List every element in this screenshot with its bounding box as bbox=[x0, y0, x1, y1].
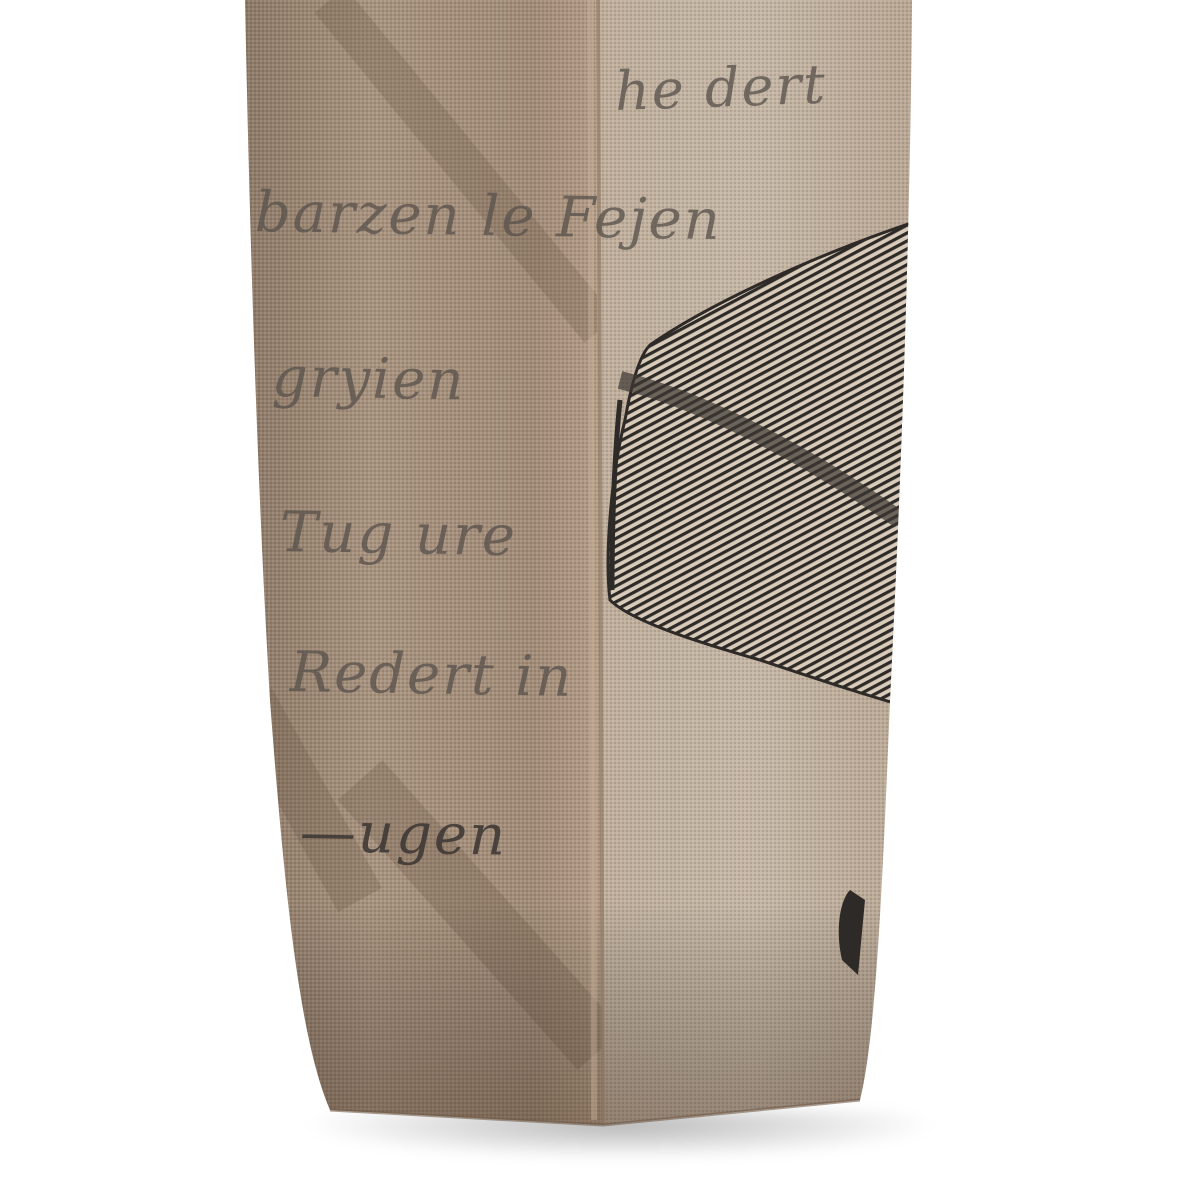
script-line-5: Redert in bbox=[289, 640, 573, 710]
right-panel bbox=[595, 0, 920, 1125]
script-line-4: Tug ure bbox=[279, 500, 517, 569]
script-line-2: barzen le Fejen bbox=[254, 180, 722, 253]
tote-bag-canvas bbox=[0, 0, 1200, 1200]
tote-bag-photo: he dert barzen le Fejen gryien Tug ure R… bbox=[0, 0, 1200, 1200]
script-line-3: gryien bbox=[271, 345, 465, 413]
script-line-1: he dert bbox=[614, 53, 828, 123]
script-line-6: —ugen bbox=[299, 800, 507, 869]
